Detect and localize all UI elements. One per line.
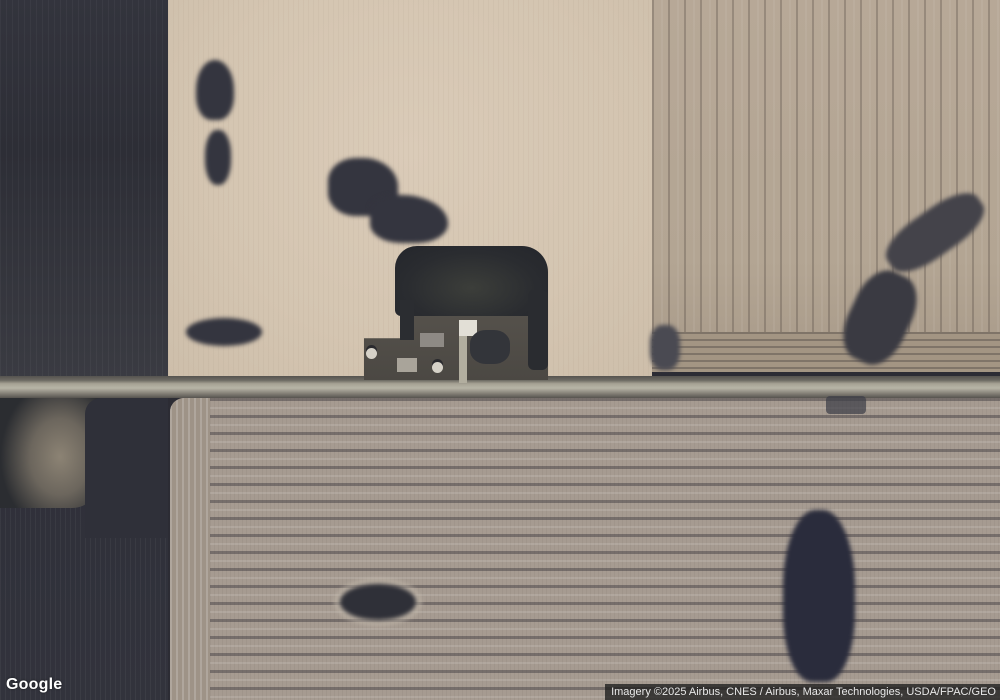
google-logo[interactable]: Google <box>6 676 62 694</box>
wet-spot <box>205 130 231 185</box>
yard-trees <box>470 330 510 364</box>
striped-field-south <box>170 398 1000 700</box>
satellite-map[interactable]: Google Imagery ©2025 Airbus, CNES / Airb… <box>0 0 1000 700</box>
shelterbelt-trees <box>528 290 548 370</box>
wet-spot <box>650 325 680 370</box>
driveway <box>459 335 467 383</box>
shelterbelt-trees <box>395 246 548 316</box>
building <box>397 358 417 372</box>
dark-field-northwest <box>0 0 168 378</box>
pond <box>340 584 416 620</box>
field-edge-strip <box>170 398 210 700</box>
imagery-attribution: Imagery ©2025 Airbus, CNES / Airbus, Max… <box>605 684 1000 700</box>
shelterbelt-trees <box>400 300 414 340</box>
field-headland <box>652 332 1000 372</box>
dark-field-corner <box>85 398 168 538</box>
grain-bin <box>432 362 443 373</box>
striped-field-northeast <box>652 0 1000 372</box>
grain-bin <box>366 348 377 359</box>
wet-spot <box>196 60 234 120</box>
wet-spot <box>186 318 262 346</box>
wetland-patch <box>783 510 855 682</box>
field-object <box>826 396 866 414</box>
building <box>420 333 444 347</box>
